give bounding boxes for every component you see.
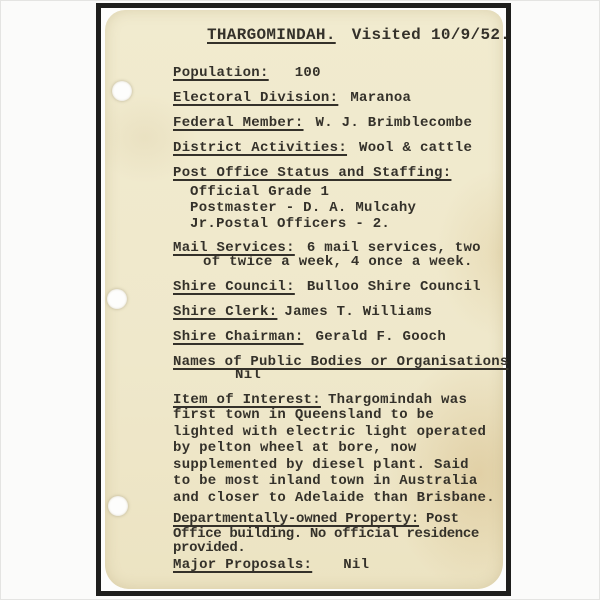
punch-hole xyxy=(108,496,128,516)
field-label: Item of Interest: xyxy=(173,392,321,408)
field-label: Shire Council: xyxy=(173,279,295,295)
mail-services-continued: of twice a week, 4 once a week. xyxy=(203,254,509,270)
card-content: THARGOMINDAH.Visited 10/9/52. Population… xyxy=(173,27,509,582)
field-value: Wool & cattle xyxy=(359,140,472,156)
field-label: Electoral Division: xyxy=(173,90,338,106)
field-label: District Activities: xyxy=(173,140,347,156)
field-value: James T. Williams xyxy=(284,304,432,320)
visited-date: Visited 10/9/52. xyxy=(352,26,510,44)
field-shire-clerk: Shire Clerk:James T. Williams xyxy=(173,304,509,321)
field-value: Bulloo Shire Council xyxy=(307,279,481,295)
item-of-interest-continued: first town in Queensland to be lighted w… xyxy=(173,407,509,506)
field-value: Thargomindah was xyxy=(328,392,467,408)
scanned-document-page: THARGOMINDAH.Visited 10/9/52. Population… xyxy=(0,0,600,600)
card-header: THARGOMINDAH.Visited 10/9/52. xyxy=(207,27,509,44)
field-post-office-status: Post Office Status and Staffing: xyxy=(173,165,509,182)
punch-hole xyxy=(112,81,132,101)
field-value: Maranoa xyxy=(350,90,411,106)
field-federal-member: Federal Member:W. J. Brimblecombe xyxy=(173,115,509,132)
field-public-bodies: Names of Public Bodies or Organisations xyxy=(173,354,509,371)
field-electoral-division: Electoral Division:Maranoa xyxy=(173,90,509,107)
field-district-activities: District Activities:Wool & cattle xyxy=(173,140,509,157)
field-value: 100 xyxy=(295,65,321,81)
field-shire-council: Shire Council:Bulloo Shire Council xyxy=(173,279,509,296)
field-label: Departmentally-owned Property: xyxy=(173,511,419,527)
field-label: Major Proposals: xyxy=(173,557,312,573)
post-office-details: Official Grade 1 Postmaster - D. A. Mulc… xyxy=(190,184,509,232)
field-label: Shire Clerk: xyxy=(173,304,277,320)
property-continued: Office building. No official residence p… xyxy=(173,528,509,555)
field-population: Population:100 xyxy=(173,65,509,82)
punch-hole xyxy=(107,289,127,309)
field-value: Post xyxy=(426,511,459,527)
field-value: Nil xyxy=(343,557,369,573)
field-label: Federal Member: xyxy=(173,115,304,131)
field-label: Post Office Status and Staffing: xyxy=(173,165,451,181)
page-title: THARGOMINDAH. xyxy=(207,26,336,44)
field-value: W. J. Brimblecombe xyxy=(316,115,473,131)
field-label: Population: xyxy=(173,65,269,81)
field-label: Names of Public Bodies or Organisations xyxy=(173,354,508,370)
field-value: Gerald F. Gooch xyxy=(316,329,447,345)
field-label: Shire Chairman: xyxy=(173,329,304,345)
field-major-proposals: Major Proposals:Nil xyxy=(173,557,509,574)
field-shire-chairman: Shire Chairman:Gerald F. Gooch xyxy=(173,329,509,346)
